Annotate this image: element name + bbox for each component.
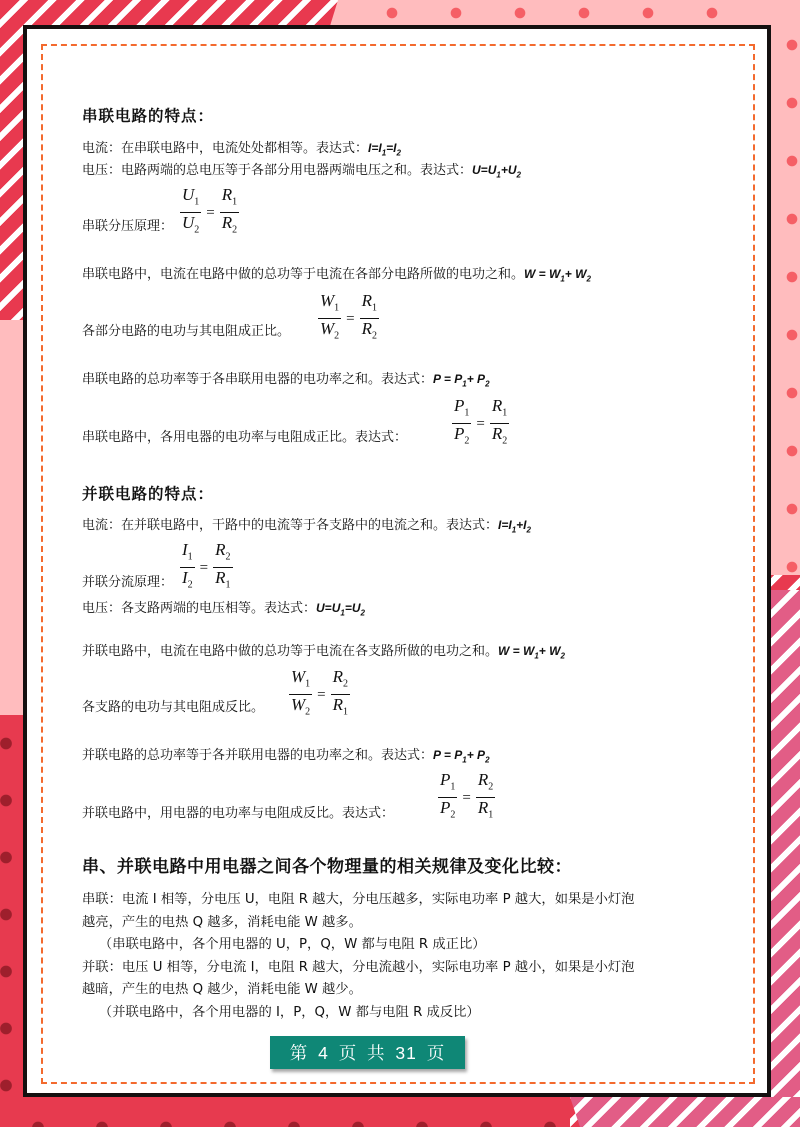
parallel-voltage-line: 电压：各支路两端的电压相等。表达式：U=U1=U2 [82,598,365,623]
series-voltage-expr: U=U1+U2 [472,163,521,177]
parallel-voltage-expr: U=U1=U2 [316,601,365,615]
series-heading: 串联电路的特点： [82,106,214,126]
series-work-line: 串联电路中，电流在电路中做的总功等于电流在各部分电路所做的电功之和。W = W1… [82,264,591,289]
parallel-divider-label: 并联分流原理： [82,573,173,593]
series-current-text: 电流：在串联电路中，电流处处都相等。表达式： [82,141,368,156]
parallel-power-line: 并联电路的总功率等于各并联用电器的电功率之和。表达式：P = P1+ P2 [82,745,490,770]
series-power-expr: P = P1+ P2 [433,372,490,386]
series-work-formula: W1W2 = R1R2 [318,292,379,346]
comparison-heading: 串、并联电路中用电器之间各个物理量的相关规律及变化比较： [82,857,572,877]
series-voltage-text: 电压：电路两端的总电压等于各部分用电器两端电压之和。表达式： [82,163,472,178]
series-current-expr: I=I1=I2 [368,141,401,155]
parallel-heading: 并联电路的特点： [82,484,214,504]
series-work-expr: W = W1+ W2 [524,267,591,281]
comparison-line: （并联电路中，各个用电器的 I，P，Q，W 都与电阻 R 成反比） [82,1002,702,1025]
frame-red-dots-left [0,715,23,1127]
frame-pink-dots-top [330,0,800,26]
series-work-ratio-label: 各部分电路的电功与其电阻成正比。 [82,322,290,342]
frame-pink-dots-left [0,320,23,725]
page-indicator: 第 4 页 共 31 页 [270,1036,465,1069]
parallel-work-formula: W1W2 = R2R1 [289,668,350,722]
parallel-work-ratio-label: 各支路的电功与其电阻成反比。 [82,698,264,718]
parallel-power-expr: P = P1+ P2 [433,748,490,762]
frame-red-dots-bottom [0,1097,570,1127]
parallel-work-expr: W = W1+ W2 [498,644,565,658]
series-divider-formula: U1U2 = R1R2 [180,186,239,240]
parallel-current-expr: I=I1+I2 [498,518,531,532]
frame-pink-stripes-right [771,590,800,1127]
series-power-formula: P1P2 = R1R2 [452,397,509,451]
parallel-divider-formula: I1I2 = R2R1 [180,541,233,595]
series-divider-label: 串联分压原理： [82,217,173,237]
series-voltage-line: 电压：电路两端的总电压等于各部分用电器两端电压之和。表达式：U=U1+U2 [82,160,521,185]
comparison-line: 串联：电流 I 相等，分电压 U，电阻 R 越大，分电压越多，实际电功率 P 越… [82,889,702,912]
comparison-line: 越亮，产生的电热 Q 越多，消耗电能 W 越多。 [82,912,702,935]
parallel-power-ratio-label: 并联电路中，用电器的电功率与电阻成反比。表达式： [82,804,394,824]
parallel-work-line: 并联电路中，电流在电路中做的总功等于电流在各支路所做的电功之和。W = W1+ … [82,641,565,666]
frame-pink-dots-right [770,0,800,575]
series-power-ratio-label: 串联电路中，各用电器的电功率与电阻成正比。表达式： [82,428,407,448]
comparison-line: （串联电路中，各个用电器的 U，P，Q，W 都与电阻 R 成正比） [82,934,702,957]
series-power-line: 串联电路的总功率等于各串联用电器的电功率之和。表达式：P = P1+ P2 [82,369,490,394]
comparison-body: 串联：电流 I 相等，分电压 U，电阻 R 越大，分电压越多，实际电功率 P 越… [82,889,702,1024]
parallel-power-formula: P1P2 = R2R1 [438,771,495,825]
comparison-line: 并联：电压 U 相等，分电流 I，电阻 R 越大，分电流越小，实际电功率 P 越… [82,957,702,980]
comparison-line: 越暗，产生的电热 Q 越少，消耗电能 W 越少。 [82,979,702,1002]
parallel-current-line: 电流：在并联电路中，干路中的电流等于各支路中的电流之和。表达式：I=I1+I2 [82,515,531,540]
